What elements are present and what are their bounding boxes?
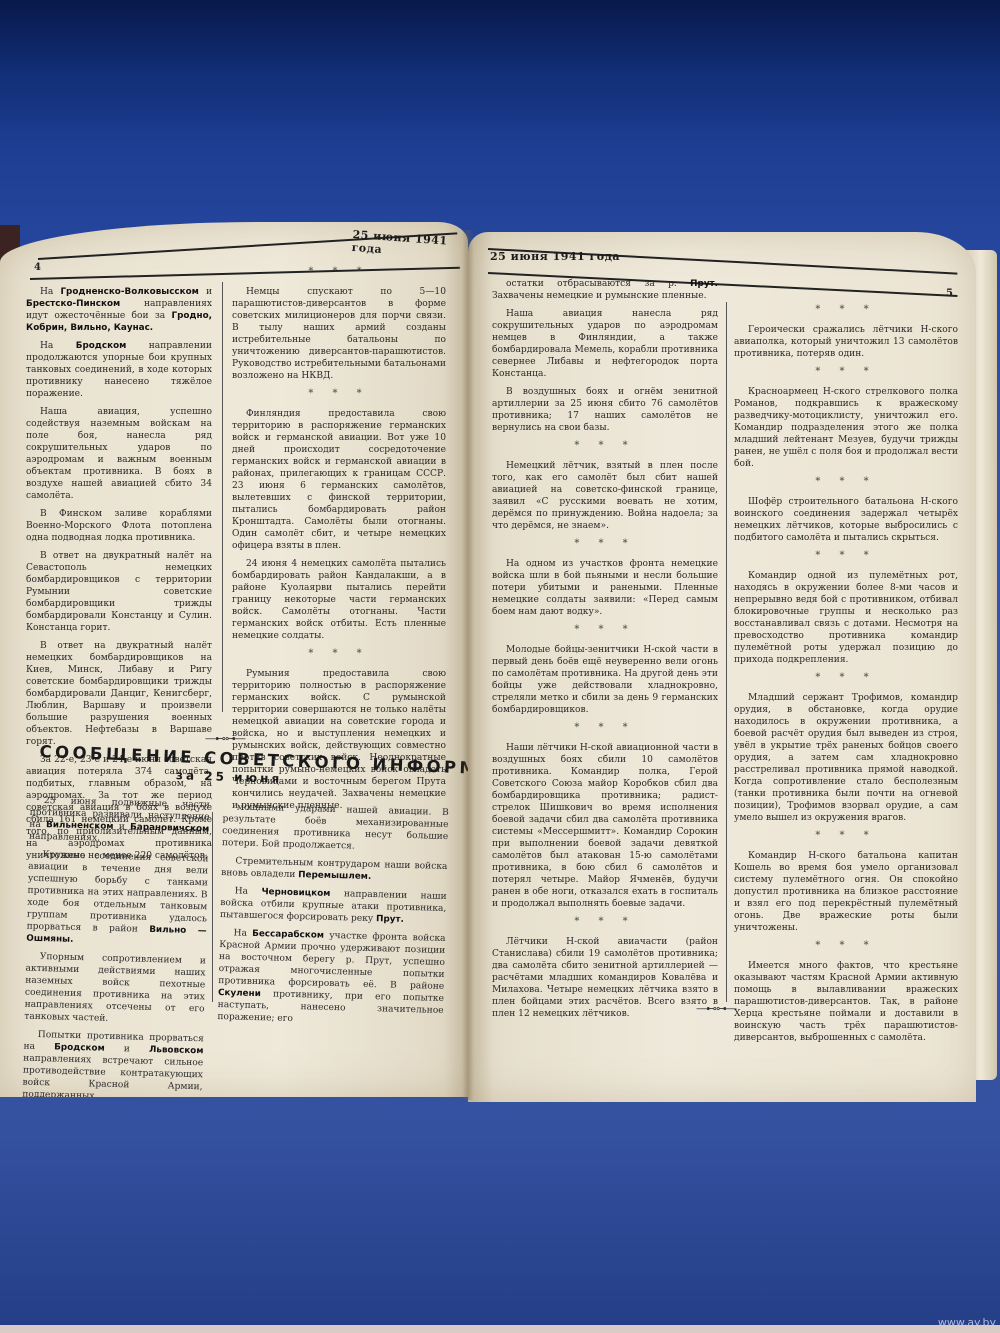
article-paragraph: Немцы спускают по 5—10 парашютистов-диве… [232, 286, 446, 382]
article-paragraph: Красноармеец Н-ского стрелкового полка Р… [734, 386, 958, 470]
column-3: 25 июня подвижные части противника разви… [22, 795, 210, 1097]
book-gutter [462, 230, 474, 1100]
section-separator: * * * [492, 624, 718, 636]
column-2: * * *Немцы спускают по 5—10 парашютистов… [232, 262, 446, 818]
column-divider [726, 302, 727, 1002]
article-paragraph: Стремительным контрударом наши войска вн… [221, 855, 448, 885]
article-paragraph: В ответ на двукратный налёт на Севастопо… [26, 550, 212, 634]
column-divider [222, 282, 223, 712]
article-paragraph: Командир Н-ского батальона капитан Кошел… [734, 850, 958, 934]
table-surface [0, 1325, 1000, 1333]
article-paragraph: На Гродненско-Волковысском и Брестско-Пи… [26, 286, 212, 334]
page-number: 4 [34, 262, 41, 273]
section-separator: * * * [734, 304, 958, 316]
article-paragraph: В Финском заливе кораблями Военно-Морско… [26, 508, 212, 544]
right-page: 25 июня 1941 года 5 остатки отбрасываютс… [468, 232, 976, 1102]
article-paragraph: 24 июня 4 немецких самолёта пытались бом… [232, 558, 446, 642]
column-divider-2 [212, 812, 213, 1002]
ornament-divider: —⊷⊶— [205, 732, 245, 745]
section-separator: * * * [232, 388, 446, 400]
article-paragraph: На Черновицком направлении наши войска о… [220, 885, 447, 927]
article-paragraph: 25 июня подвижные части противника разви… [29, 795, 210, 848]
page-number: 5 [946, 288, 953, 299]
section-separator: * * * [232, 266, 446, 278]
article-paragraph: Командир одной из пулемётных рот, находя… [734, 570, 958, 666]
article-paragraph: Имеется много фактов, что крестьяне оказ… [734, 960, 958, 1044]
column-1: остатки отбрасываются за р. Прут. Захвач… [492, 278, 718, 1026]
left-page: 25 июня 1941 года 4 На Гродненско-Волков… [0, 222, 468, 1097]
running-head: 25 июня 1941 года [490, 250, 620, 263]
section-separator: * * * [734, 476, 958, 488]
article-paragraph: Молодые бойцы-зенитчики Н-ской части в п… [492, 644, 718, 716]
article-paragraph: Лётчики Н-ской авиачасти (район Станисла… [492, 936, 718, 1020]
article-paragraph: Крупные соединения советской авиации в т… [26, 849, 208, 950]
section-separator: * * * [492, 722, 718, 734]
section-separator: * * * [734, 830, 958, 842]
section-separator: * * * [734, 366, 958, 378]
ornament-divider: —⊷⊶— [696, 1002, 736, 1015]
article-paragraph: На Бессарабском участке фронта войска Кр… [217, 927, 445, 1029]
article-paragraph: Наша авиация нанесла ряд сокрушительных … [492, 308, 718, 380]
article-paragraph: Финляндия предоставила свою территорию в… [232, 408, 446, 552]
article-paragraph: Наша авиация, успешно содействуя наземны… [26, 406, 212, 502]
column-4: мощными ударами нашей авиации. В результ… [217, 801, 449, 1035]
article-paragraph: На одном из участков фронта немецкие вой… [492, 558, 718, 618]
section-separator: * * * [492, 538, 718, 550]
column-2: * * *Героически сражались лётчики Н-ског… [734, 300, 958, 1050]
background-shadow [0, 0, 1000, 130]
section-separator: * * * [492, 440, 718, 452]
article-paragraph: Героически сражались лётчики Н-ского ави… [734, 324, 958, 360]
article-paragraph: Шофёр строительного батальона Н-ского во… [734, 496, 958, 544]
article-paragraph: остатки отбрасываются за р. Прут. Захвач… [492, 278, 718, 302]
section-separator: * * * [492, 916, 718, 928]
section-separator: * * * [734, 672, 958, 684]
section-separator: * * * [734, 940, 958, 952]
article-paragraph: Попытки противника прорваться на Бродско… [22, 1029, 204, 1097]
article-paragraph: мощными ударами нашей авиации. В результ… [222, 801, 449, 855]
article-paragraph: Младший сержант Трофимов, командир оруди… [734, 692, 958, 824]
article-paragraph: Немецкий лётчик, взятый в плен после тог… [492, 460, 718, 532]
article-paragraph: На Бродском направлении продолжаются упо… [26, 340, 212, 400]
article-paragraph: Упорным сопротивлением и активными дейст… [24, 951, 206, 1028]
article-paragraph: В воздушных боях и огнём зенитной артилл… [492, 386, 718, 434]
article-paragraph: Румыния предоставила свою территорию пол… [232, 668, 446, 812]
article-paragraph: В ответ на двукратный налёт немецких бом… [26, 640, 212, 748]
section-separator: * * * [232, 648, 446, 660]
article-paragraph: Наши лётчики Н-ской авиационной части в … [492, 742, 718, 910]
section-separator: * * * [734, 550, 958, 562]
